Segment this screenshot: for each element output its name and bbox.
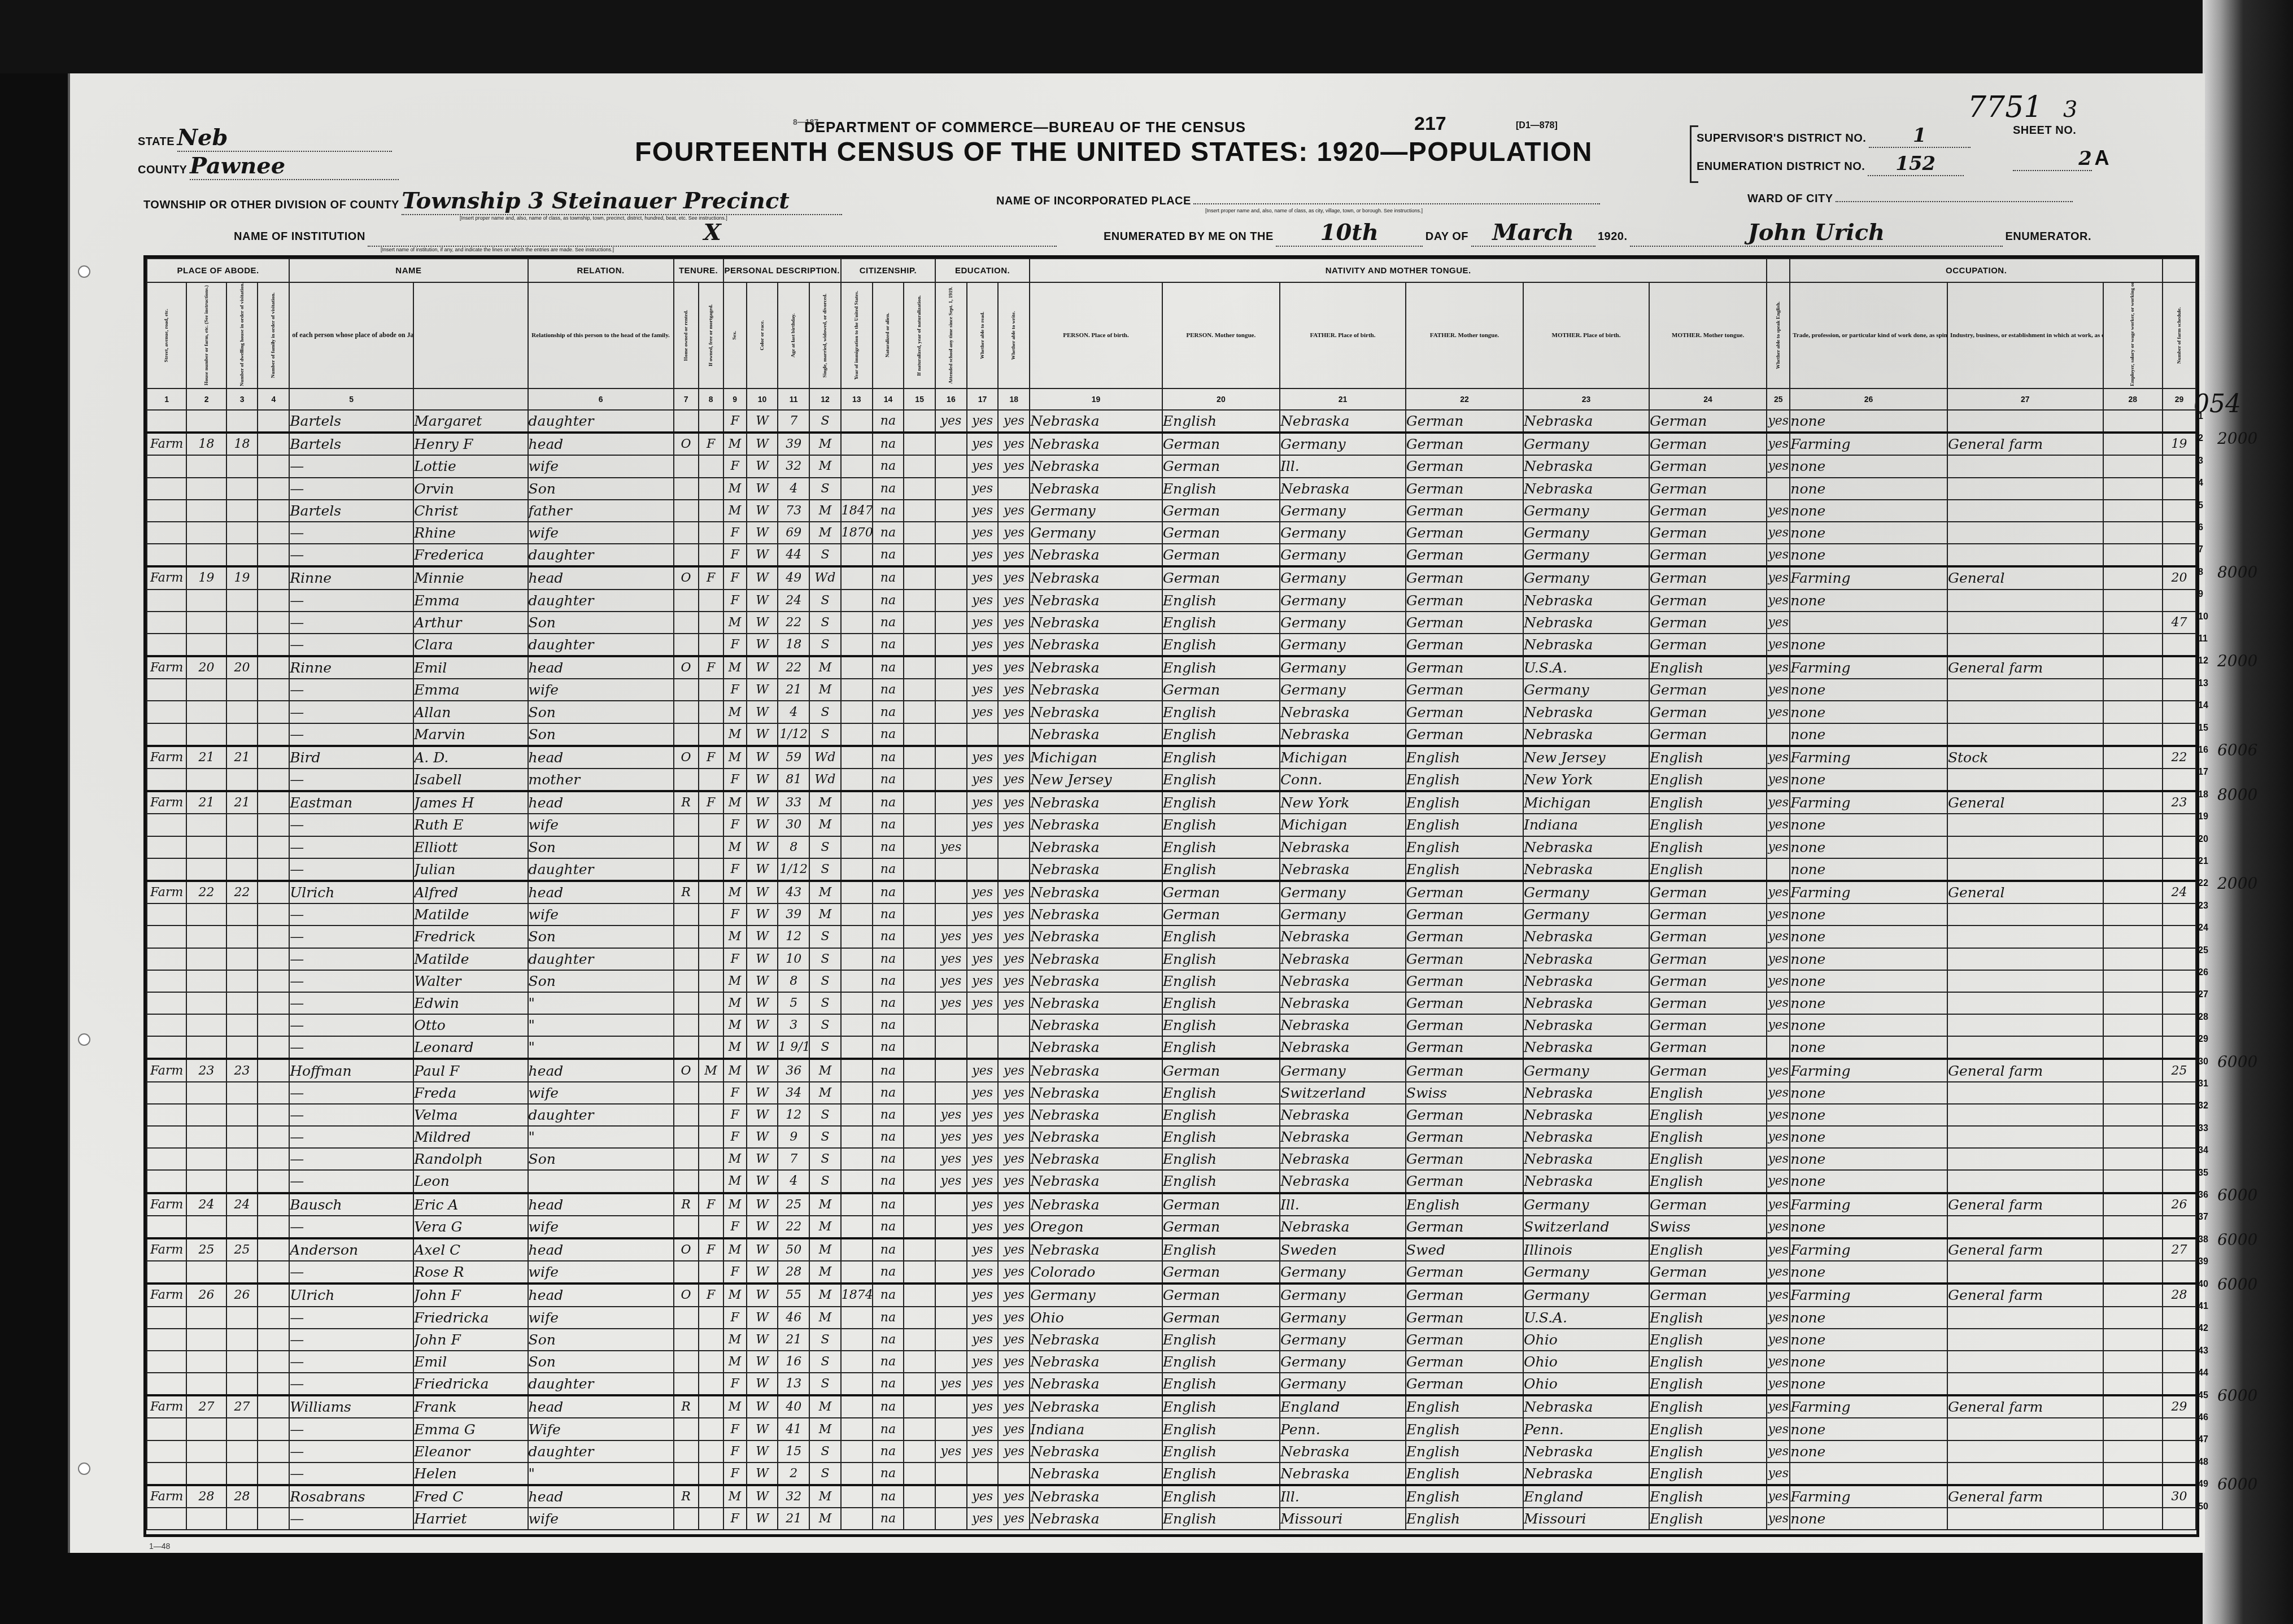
line-number: 38 xyxy=(2198,1235,2208,1245)
surname-cell: — xyxy=(289,1014,413,1036)
birthplace-cell: Nebraska xyxy=(1030,679,1162,701)
marital-status-cell: M xyxy=(809,881,841,903)
read-cell: yes xyxy=(967,970,999,992)
father-tongue-cell: German xyxy=(1406,1216,1523,1238)
race-cell: W xyxy=(747,1059,778,1081)
tenure-mortgage-cell xyxy=(699,590,723,612)
street-cell xyxy=(147,500,186,522)
father-tongue-cell: English xyxy=(1406,1440,1523,1463)
tenure-owned-cell xyxy=(674,858,699,881)
trade-cell: none xyxy=(1790,903,1947,925)
race-cell: W xyxy=(747,1082,778,1104)
age-cell: 22 xyxy=(778,1216,809,1238)
surname-cell: — xyxy=(289,1104,413,1126)
tenure-mortgage-cell xyxy=(699,881,723,903)
marital-status-cell: M xyxy=(809,1082,841,1104)
father-tongue-cell: German xyxy=(1406,903,1523,925)
mother-tongue-of-mother-cell: English xyxy=(1649,769,1767,791)
mother-birthplace-cell: Nebraska xyxy=(1523,1104,1649,1126)
write-cell: yes xyxy=(998,769,1030,791)
dwelling-number-cell xyxy=(226,522,258,544)
industry-cell xyxy=(1947,1126,2103,1148)
immigration-year-cell xyxy=(841,1485,873,1508)
line-number: 8 xyxy=(2198,567,2203,578)
tenure-mortgage-cell xyxy=(699,723,723,746)
naturalization-cell: na xyxy=(873,1238,904,1261)
mother-birthplace-cell: Germany xyxy=(1523,679,1649,701)
age-cell: 22 xyxy=(778,656,809,679)
mother-tongue-of-mother-cell: German xyxy=(1649,992,1767,1014)
sex-cell: F xyxy=(723,1418,747,1440)
family-number-cell xyxy=(258,455,289,477)
industry-cell xyxy=(1947,1463,2103,1485)
column-header: Whether able to speak English. xyxy=(1767,282,1790,388)
naturalization-cell: na xyxy=(873,455,904,477)
father-birthplace-cell: Germany xyxy=(1280,1329,1406,1351)
mother-tongue-cell: English xyxy=(1162,1104,1280,1126)
mother-tongue-of-mother-cell: English xyxy=(1649,1373,1767,1395)
school-cell: yes xyxy=(935,992,967,1014)
dwelling-number-cell: 22 xyxy=(226,881,258,903)
age-cell: 73 xyxy=(778,500,809,522)
surname-cell: — xyxy=(289,858,413,881)
surname-cell: Rinne xyxy=(289,566,413,589)
sex-cell: M xyxy=(723,1485,747,1508)
birthplace-cell: Nebraska xyxy=(1030,1508,1162,1530)
dwelling-number-cell xyxy=(226,925,258,948)
speaks-english-cell: yes xyxy=(1767,1485,1790,1508)
immigration-year-cell xyxy=(841,1126,873,1148)
father-tongue-cell: German xyxy=(1406,1351,1523,1373)
industry-cell xyxy=(1947,1036,2103,1059)
naturalization-cell: na xyxy=(873,1036,904,1059)
mother-birthplace-cell: Illinois xyxy=(1523,1238,1649,1261)
dwelling-number-cell xyxy=(226,679,258,701)
dwelling-number-cell xyxy=(226,1014,258,1036)
table-row: —EmmawifeFW21MnayesyesNebraskaGermanGerm… xyxy=(147,679,2196,701)
mother-tongue-of-mother-cell: English xyxy=(1649,1485,1767,1508)
industry-cell xyxy=(1947,478,2103,500)
tenure-owned-cell xyxy=(674,590,699,612)
farm-schedule-cell xyxy=(2163,1463,2196,1485)
mother-birthplace-cell: Nebraska xyxy=(1523,1463,1649,1485)
employer-cell xyxy=(2103,433,2163,455)
family-number-cell xyxy=(258,433,289,455)
tenure-owned-cell xyxy=(674,1104,699,1126)
age-cell: 44 xyxy=(778,544,809,566)
tenure-owned-cell xyxy=(674,1261,699,1284)
marital-status-cell: M xyxy=(809,656,841,679)
naturalization-cell: na xyxy=(873,1373,904,1395)
read-cell: yes xyxy=(967,1395,999,1418)
given-name-cell: Marvin xyxy=(413,723,528,746)
naturalization-cell: na xyxy=(873,769,904,791)
naturalization-year-cell xyxy=(904,925,935,948)
relation-cell: Son xyxy=(528,1148,674,1170)
trade-cell: Farming xyxy=(1790,433,1947,455)
house-number-cell xyxy=(186,478,226,500)
margin-annotation: 6000 xyxy=(2217,1053,2257,1071)
trade-cell: Farming xyxy=(1790,566,1947,589)
father-tongue-cell: German xyxy=(1406,1307,1523,1329)
column-header-label: If owned, free or mortgaged. xyxy=(708,304,714,366)
farm-schedule-cell: 27 xyxy=(2163,1238,2196,1261)
given-name-cell: Fredrick xyxy=(413,925,528,948)
employer-cell xyxy=(2103,544,2163,566)
employer-cell xyxy=(2103,948,2163,970)
street-cell xyxy=(147,1126,186,1148)
column-number: 26 xyxy=(1790,388,1947,410)
write-cell: yes xyxy=(998,1395,1030,1418)
house-number-cell xyxy=(186,679,226,701)
tenure-mortgage-cell xyxy=(699,1261,723,1284)
naturalization-cell: na xyxy=(873,1307,904,1329)
write-cell: yes xyxy=(998,1126,1030,1148)
sheet-number-value: 2 xyxy=(2013,147,2092,171)
industry-cell xyxy=(1947,679,2103,701)
trade-cell: Farming xyxy=(1790,656,1947,679)
column-header-label: Number of farm schedule. xyxy=(2177,307,2182,364)
mother-birthplace-cell: Nebraska xyxy=(1523,1126,1649,1148)
ward-field: WARD OF CITY xyxy=(1747,187,2073,206)
read-cell: yes xyxy=(967,791,999,814)
father-tongue-cell: English xyxy=(1406,1193,1523,1216)
read-cell: yes xyxy=(967,634,999,656)
farm-schedule-cell: 19 xyxy=(2163,433,2196,455)
family-number-cell xyxy=(258,634,289,656)
read-cell: yes xyxy=(967,1216,999,1238)
birthplace-cell: Nebraska xyxy=(1030,1395,1162,1418)
trade-cell: none xyxy=(1790,836,1947,858)
mother-birthplace-cell: Nebraska xyxy=(1523,634,1649,656)
institution-label: NAME OF INSTITUTION xyxy=(234,230,365,243)
line-number: 18 xyxy=(2198,790,2208,800)
sex-cell: M xyxy=(723,1014,747,1036)
race-cell: W xyxy=(747,1261,778,1284)
age-cell: 13 xyxy=(778,1373,809,1395)
birthplace-cell: Nebraska xyxy=(1030,992,1162,1014)
table-row: —John FSonMW21SnayesyesNebraskaEnglishGe… xyxy=(147,1329,2196,1351)
family-number-cell xyxy=(258,992,289,1014)
employer-cell xyxy=(2103,1373,2163,1395)
table-row: BartelsChristfatherMW73M1847nayesyesGerm… xyxy=(147,500,2196,522)
dwelling-number-cell xyxy=(226,948,258,970)
mother-tongue-cell: English xyxy=(1162,1014,1280,1036)
employer-cell xyxy=(2103,634,2163,656)
line-number: 43 xyxy=(2198,1346,2208,1356)
write-cell: yes xyxy=(998,679,1030,701)
trade-cell xyxy=(1790,612,1947,634)
line-number: 5 xyxy=(2198,501,2203,511)
trade-cell: none xyxy=(1790,858,1947,881)
farm-schedule-cell xyxy=(2163,1104,2196,1126)
house-number-cell xyxy=(186,814,226,836)
given-name-cell: Edwin xyxy=(413,992,528,1014)
given-name-cell: Ruth E xyxy=(413,814,528,836)
father-tongue-cell: English xyxy=(1406,1418,1523,1440)
write-cell: yes xyxy=(998,970,1030,992)
farm-schedule-cell xyxy=(2163,1307,2196,1329)
given-name-cell: Mildred xyxy=(413,1126,528,1148)
street-cell xyxy=(147,612,186,634)
mother-tongue-of-mother-cell: English xyxy=(1649,836,1767,858)
mother-tongue-of-mother-cell: German xyxy=(1649,881,1767,903)
line-number: 12 xyxy=(2198,656,2208,666)
naturalization-cell: na xyxy=(873,1193,904,1216)
column-header: Naturalized or alien. xyxy=(873,282,904,388)
sex-cell: M xyxy=(723,925,747,948)
tenure-mortgage-cell xyxy=(699,612,723,634)
tenure-mortgage-cell: F xyxy=(699,433,723,455)
tenure-mortgage-cell xyxy=(699,1126,723,1148)
school-cell: yes xyxy=(935,836,967,858)
speaks-english-cell: yes xyxy=(1767,656,1790,679)
father-birthplace-cell: Sweden xyxy=(1280,1238,1406,1261)
employer-cell xyxy=(2103,1036,2163,1059)
line-number: 36 xyxy=(2198,1190,2208,1200)
column-number: 22 xyxy=(1406,388,1523,410)
sex-cell: M xyxy=(723,701,747,723)
naturalization-cell: na xyxy=(873,881,904,903)
house-number-cell xyxy=(186,769,226,791)
write-cell: yes xyxy=(998,410,1030,433)
line-number: 39 xyxy=(2198,1257,2208,1267)
table-row: —FriedrickadaughterFW13SnayesyesyesNebra… xyxy=(147,1373,2196,1395)
column-header: PERSON. Mother tongue. xyxy=(1162,282,1280,388)
school-cell xyxy=(935,791,967,814)
naturalization-cell: na xyxy=(873,1395,904,1418)
surname-cell: — xyxy=(289,1036,413,1059)
industry-cell xyxy=(1947,970,2103,992)
house-number-cell xyxy=(186,590,226,612)
age-cell: 33 xyxy=(778,791,809,814)
column-number: 7 xyxy=(674,388,699,410)
birthplace-cell: Nebraska xyxy=(1030,1463,1162,1485)
relation-cell: " xyxy=(528,992,674,1014)
read-cell: yes xyxy=(967,1082,999,1104)
write-cell: yes xyxy=(998,590,1030,612)
tenure-owned-cell: O xyxy=(674,1284,699,1306)
school-cell xyxy=(935,858,967,881)
father-birthplace-cell: Germany xyxy=(1280,679,1406,701)
family-number-cell xyxy=(258,656,289,679)
school-cell xyxy=(935,1329,967,1351)
column-header: Number of dwelling house in order of vis… xyxy=(226,282,258,388)
given-name-cell: Emma xyxy=(413,590,528,612)
tenure-mortgage-cell xyxy=(699,1329,723,1351)
naturalization-year-cell xyxy=(904,1082,935,1104)
marital-status-cell: S xyxy=(809,992,841,1014)
mother-tongue-cell: English xyxy=(1162,970,1280,992)
birthplace-cell: Nebraska xyxy=(1030,1082,1162,1104)
line-number: 33 xyxy=(2198,1124,2208,1134)
write-cell: yes xyxy=(998,746,1030,769)
read-cell: yes xyxy=(967,1440,999,1463)
marital-status-cell: S xyxy=(809,925,841,948)
enumerated-month: March xyxy=(1471,219,1595,247)
naturalization-year-cell xyxy=(904,791,935,814)
age-cell: 1 9/12 xyxy=(778,1036,809,1059)
family-number-cell xyxy=(258,769,289,791)
given-name-cell: Frederica xyxy=(413,544,528,566)
census-sheet: STATE Neb COUNTY Pawnee TOWNSHIP OR OTHE… xyxy=(68,73,2205,1553)
naturalization-year-cell xyxy=(904,478,935,500)
column-label-row: Street, avenue, road, etc.House number o… xyxy=(147,282,2196,388)
mother-birthplace-cell: Germany xyxy=(1523,1059,1649,1081)
read-cell: yes xyxy=(967,1329,999,1351)
relation-cell: mother xyxy=(528,769,674,791)
sex-cell: F xyxy=(723,814,747,836)
table-row: Farm2424BauschEric AheadRFMW25MnayesyesN… xyxy=(147,1193,2196,1216)
column-header-label: House number or farm, etc. (See instruct… xyxy=(204,285,210,385)
mother-tongue-of-mother-cell: German xyxy=(1649,544,1767,566)
farm-schedule-cell xyxy=(2163,948,2196,970)
relation-cell: Wife xyxy=(528,1418,674,1440)
footer-code: 1—48 xyxy=(149,1542,170,1551)
marital-status-cell: S xyxy=(809,1170,841,1193)
column-header: Industry, business, or establishment in … xyxy=(1947,282,2103,388)
relation-cell: head xyxy=(528,1193,674,1216)
write-cell: yes xyxy=(998,656,1030,679)
family-number-cell xyxy=(258,1126,289,1148)
naturalization-year-cell xyxy=(904,500,935,522)
industry-cell: Stock xyxy=(1947,746,2103,769)
house-number-cell: 26 xyxy=(186,1284,226,1306)
age-cell: 16 xyxy=(778,1351,809,1373)
write-cell: yes xyxy=(998,1104,1030,1126)
dwelling-number-cell: 21 xyxy=(226,791,258,814)
mother-tongue-cell: German xyxy=(1162,566,1280,589)
column-number: 14 xyxy=(873,388,904,410)
father-birthplace-cell: Germany xyxy=(1280,903,1406,925)
father-tongue-cell: German xyxy=(1406,1261,1523,1284)
column-header-label: of each person whose place of abode on J… xyxy=(290,329,413,341)
naturalization-year-cell xyxy=(904,1238,935,1261)
column-number: 6 xyxy=(528,388,674,410)
immigration-year-cell xyxy=(841,1307,873,1329)
house-number-cell xyxy=(186,1440,226,1463)
relation-cell: daughter xyxy=(528,544,674,566)
table-row: —LeonMW4SnayesyesyesNebraskaEnglishNebra… xyxy=(147,1170,2196,1193)
mother-tongue-of-mother-cell: German xyxy=(1649,455,1767,477)
employer-cell xyxy=(2103,522,2163,544)
surname-cell: — xyxy=(289,612,413,634)
column-header: Attended school any time since Sept. 1, … xyxy=(935,282,967,388)
mother-tongue-of-mother-cell: English xyxy=(1649,1170,1767,1193)
tenure-mortgage-cell xyxy=(699,522,723,544)
given-name-cell: Matilde xyxy=(413,948,528,970)
father-birthplace-cell: Nebraska xyxy=(1280,1036,1406,1059)
speaks-english-cell: yes xyxy=(1767,522,1790,544)
father-tongue-cell: German xyxy=(1406,1148,1523,1170)
immigration-year-cell xyxy=(841,1508,873,1530)
trade-cell: none xyxy=(1790,1148,1947,1170)
line-number: 1 xyxy=(2198,412,2203,422)
immigration-year-cell xyxy=(841,1082,873,1104)
tenure-owned-cell xyxy=(674,634,699,656)
surname-cell: — xyxy=(289,1216,413,1238)
sex-cell: F xyxy=(723,1373,747,1395)
dwelling-number-cell xyxy=(226,544,258,566)
age-cell: 50 xyxy=(778,1238,809,1261)
tenure-mortgage-cell xyxy=(699,1170,723,1193)
read-cell: yes xyxy=(967,769,999,791)
employer-cell xyxy=(2103,836,2163,858)
state-field: STATE Neb xyxy=(138,124,392,152)
marital-status-cell: S xyxy=(809,970,841,992)
race-cell: W xyxy=(747,1329,778,1351)
line-number: 46 xyxy=(2198,1413,2208,1423)
birthplace-cell: New Jersey xyxy=(1030,769,1162,791)
street-cell xyxy=(147,1373,186,1395)
mother-tongue-cell: German xyxy=(1162,903,1280,925)
family-number-cell xyxy=(258,948,289,970)
street-cell: Farm xyxy=(147,433,186,455)
father-tongue-cell: German xyxy=(1406,612,1523,634)
column-header-label: Naturalized or alien. xyxy=(885,313,891,357)
trade-cell: none xyxy=(1790,1126,1947,1148)
mother-tongue-cell: English xyxy=(1162,1373,1280,1395)
dwelling-number-cell xyxy=(226,1148,258,1170)
write-cell: yes xyxy=(998,1216,1030,1238)
father-birthplace-cell: Missouri xyxy=(1280,1508,1406,1530)
relation-cell: daughter xyxy=(528,590,674,612)
trade-cell: none xyxy=(1790,948,1947,970)
immigration-year-cell xyxy=(841,478,873,500)
relation-cell: head xyxy=(528,881,674,903)
family-number-cell xyxy=(258,1261,289,1284)
relation-cell: Son xyxy=(528,723,674,746)
column-header: If naturalized, year of naturalization. xyxy=(904,282,935,388)
house-number-cell xyxy=(186,723,226,746)
farm-schedule-cell xyxy=(2163,1351,2196,1373)
trade-cell: none xyxy=(1790,1104,1947,1126)
county-field: COUNTY Pawnee xyxy=(138,152,399,180)
table-row: Farm1818BartelsHenry FheadOFMW39Mnayesye… xyxy=(147,433,2196,455)
trade-cell: none xyxy=(1790,1440,1947,1463)
naturalization-cell: na xyxy=(873,791,904,814)
mother-tongue-cell: German xyxy=(1162,1193,1280,1216)
trade-cell: Farming xyxy=(1790,1238,1947,1261)
speaks-english-cell xyxy=(1767,723,1790,746)
dwelling-number-cell: 26 xyxy=(226,1284,258,1306)
tenure-owned-cell: O xyxy=(674,746,699,769)
tenure-owned-cell xyxy=(674,1036,699,1059)
sex-cell: F xyxy=(723,1463,747,1485)
naturalization-cell: na xyxy=(873,746,904,769)
relation-cell: Son xyxy=(528,478,674,500)
age-cell: 69 xyxy=(778,522,809,544)
race-cell: W xyxy=(747,1104,778,1126)
father-tongue-cell: English xyxy=(1406,1485,1523,1508)
given-name-cell: Allan xyxy=(413,701,528,723)
tenure-owned-cell: R xyxy=(674,791,699,814)
street-cell xyxy=(147,1104,186,1126)
dwelling-number-cell: 19 xyxy=(226,566,258,589)
read-cell: yes xyxy=(967,590,999,612)
sex-cell: M xyxy=(723,1329,747,1351)
sex-cell: M xyxy=(723,746,747,769)
write-cell: yes xyxy=(998,1082,1030,1104)
incorporated-label: NAME OF INCORPORATED PLACE xyxy=(996,195,1191,207)
naturalization-cell: na xyxy=(873,1261,904,1284)
street-cell xyxy=(147,590,186,612)
tenure-owned-cell: O xyxy=(674,566,699,589)
speaks-english-cell: yes xyxy=(1767,948,1790,970)
immigration-year-cell xyxy=(841,1170,873,1193)
column-header: Number of farm schedule. xyxy=(2163,282,2196,388)
naturalization-cell: na xyxy=(873,656,904,679)
